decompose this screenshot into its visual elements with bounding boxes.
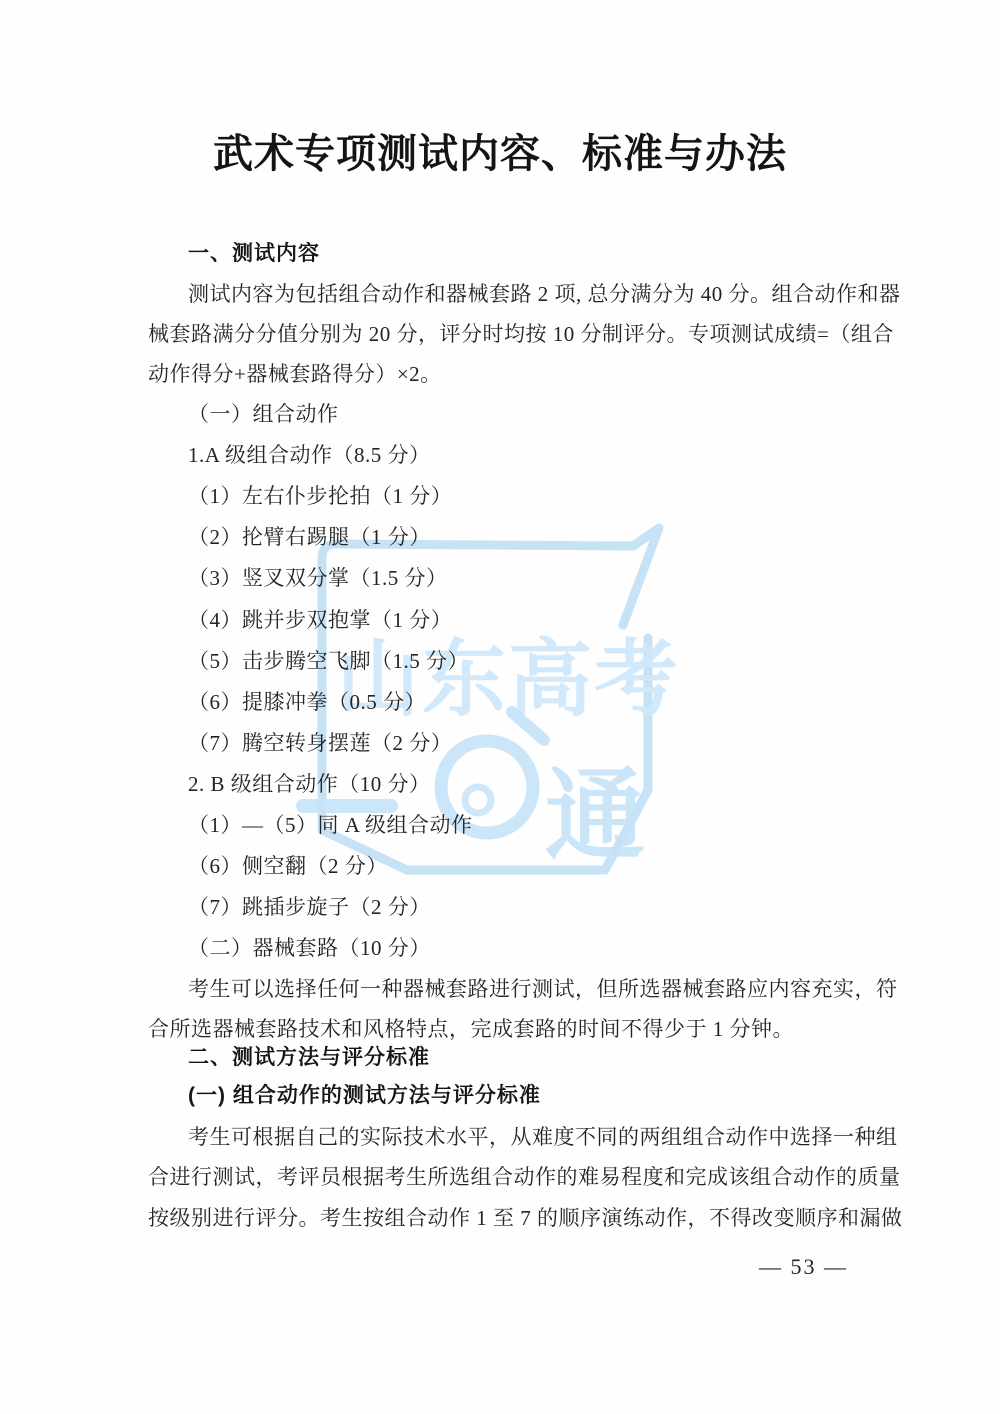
text-line: （2）抡臂右踢腿（1 分） bbox=[188, 524, 431, 551]
text-line: （7）腾空转身摆莲（2 分） bbox=[188, 730, 452, 757]
text-line: 1.A 级组合动作（8.5 分） bbox=[188, 442, 431, 469]
text-line: 动作得分+器械套路得分）×2。 bbox=[148, 361, 442, 388]
document-body: 一、测试内容测试内容为包括组合动作和器械套路 2 项, 总分满分为 40 分。组… bbox=[0, 0, 1000, 1414]
text-line: （6）提膝冲拳（0.5 分） bbox=[188, 689, 426, 716]
text-line: 2. B 级组合动作（10 分） bbox=[188, 771, 431, 798]
section-heading: 二、测试方法与评分标准 bbox=[188, 1044, 430, 1071]
text-line: （4）跳并步双抱掌（1 分） bbox=[188, 607, 452, 634]
text-line: 按级别进行评分。考生按组合动作 1 至 7 的顺序演练动作，不得改变顺序和漏做 bbox=[148, 1205, 903, 1232]
text-line: 考生可根据自己的实际技术水平，从难度不同的两组组合动作中选择一种组 bbox=[188, 1124, 898, 1151]
text-line: （5）击步腾空飞脚（1.5 分） bbox=[188, 648, 469, 675]
text-line: 合所选器械套路技术和风格特点，完成套路的时间不得少于 1 分钟。 bbox=[148, 1016, 794, 1043]
section-heading: (一) 组合动作的测试方法与评分标准 bbox=[188, 1082, 541, 1109]
text-line: （二）器械套路（10 分） bbox=[188, 935, 431, 962]
text-line: （1）左右仆步抡拍（1 分） bbox=[188, 483, 452, 510]
text-line: 合进行测试，考评员根据考生所选组合动作的难易程度和完成该组合动作的质量 bbox=[148, 1164, 901, 1191]
text-line: （1）—（5）同 A 级组合动作 bbox=[188, 812, 473, 839]
section-heading: 一、测试内容 bbox=[188, 240, 320, 267]
page-number: — 53 — bbox=[759, 1254, 848, 1280]
text-line: 考生可以选择任何一种器械套路进行测试，但所选器械套路应内容充实，符 bbox=[188, 976, 898, 1003]
text-line: 测试内容为包括组合动作和器械套路 2 项, 总分满分为 40 分。组合动作和器 bbox=[188, 281, 901, 308]
text-line: （3）竖叉双分掌（1.5 分） bbox=[188, 565, 448, 592]
text-line: 械套路满分分值分别为 20 分，评分时均按 10 分制评分。专项测试成绩=（组合 bbox=[148, 321, 894, 348]
text-line: （6）侧空翻（2 分） bbox=[188, 853, 388, 880]
document-page: 山东高考 通 武术专项测试内容、标准与办法 一、测试内容测试内容为包括组合动作和… bbox=[0, 0, 1000, 1414]
text-line: （7）跳插步旋子（2 分） bbox=[188, 894, 431, 921]
text-line: （一）组合动作 bbox=[188, 401, 339, 428]
